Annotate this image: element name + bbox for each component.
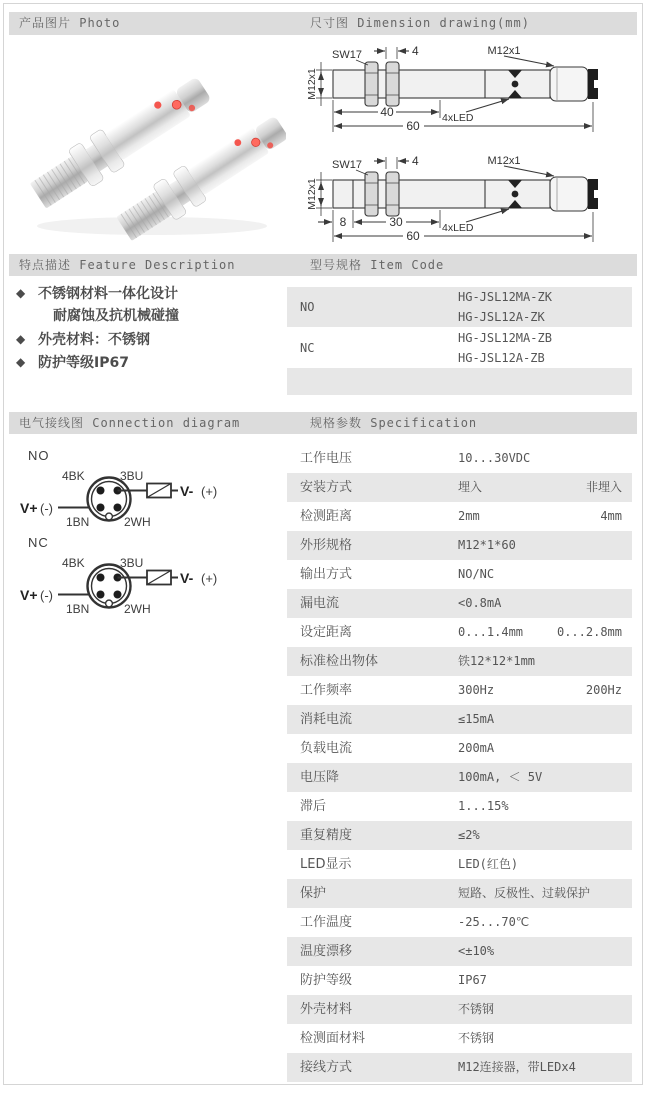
feature-text: 耐腐蚀及抗机械碰撞 — [53, 308, 179, 324]
output-type-label: NC — [300, 341, 314, 355]
spec-value: 10...30VDC — [458, 444, 530, 473]
feature-text: 防护等级IP67 — [38, 355, 129, 371]
spec-label: 输出方式 — [300, 560, 352, 589]
section-bar-bottom: 电气接线图 Connection diagram 规格参数 Specificat… — [9, 412, 637, 434]
pin-label-1bn: 1BN — [66, 515, 89, 529]
spec-label: 设定距离 — [300, 618, 352, 647]
spec-label: 安装方式 — [300, 473, 352, 502]
spec-row: 外壳材料不锈钢 — [287, 995, 632, 1024]
body-length-label: 30 — [389, 215, 403, 229]
section-bar-middle: 特点描述 Feature Description 型号规格 Item Code — [9, 254, 637, 276]
terminal-vminus-polarity: (+) — [201, 484, 217, 499]
spec-value: NO/NC — [458, 560, 494, 589]
wrench-size-label: SW17 — [332, 49, 362, 61]
feature-line: ◆不锈钢材料一体化设计 — [16, 283, 178, 303]
terminal-vplus: V+ — [20, 587, 38, 603]
tube-thread-label: M12x1 — [308, 68, 318, 100]
spec-row: 设定距离0...1.4mm0...2.8mm — [287, 618, 632, 647]
spec-row: 接线方式M12连接器，带LEDx4 — [287, 1053, 632, 1082]
pin-label-3bu: 3BU — [120, 469, 143, 483]
diamond-bullet-icon: ◆ — [16, 355, 38, 369]
spec-value: 不锈钢 — [458, 995, 494, 1024]
spec-value: 短路、反极性、过载保护 — [458, 879, 590, 908]
pin-label-4bk: 4BK — [62, 469, 85, 483]
total-length-label: 60 — [406, 119, 420, 133]
feature-line: ◆外壳材料：不锈钢 — [16, 329, 150, 349]
feature-text: 不锈钢材料一体化设计 — [38, 286, 178, 302]
spec-row: 保护短路、反极性、过载保护 — [287, 879, 632, 908]
spec-value: 200mA — [458, 734, 494, 763]
spec-value: ≤2% — [458, 821, 480, 850]
section-title-dimension: 尺寸图 Dimension drawing(mm) — [310, 12, 530, 35]
spec-value: IP67 — [458, 966, 487, 995]
spec-row: 滞后1...15% — [287, 792, 632, 821]
pin-label-2wh: 2WH — [124, 602, 151, 616]
connector-thread-label: M12x1 — [487, 155, 520, 167]
connector-thread-label: M12x1 — [487, 45, 520, 57]
pin-label-1bn: 1BN — [66, 602, 89, 616]
spec-value-2: 0...2.8mm — [557, 618, 622, 647]
spec-row: 检测距离2mm4mm — [287, 502, 632, 531]
spec-row: 温度漂移<±10% — [287, 937, 632, 966]
spec-label: 防护等级 — [300, 966, 352, 995]
spec-label: 消耗电流 — [300, 705, 352, 734]
spec-value: 1...15% — [458, 792, 509, 821]
terminal-vminus: V- — [180, 483, 194, 499]
spec-row: LED显示LED(红色) — [287, 850, 632, 879]
item-codes: HG-JSL12MA-ZK HG-JSL12A-ZK — [458, 287, 552, 327]
dimension-drawing-nonflush: M12x1 SW17 4 M12x1 4xLED 8 30 60 — [308, 152, 608, 252]
spec-label: 重复精度 — [300, 821, 352, 850]
spec-value: LED(红色) — [458, 850, 518, 879]
spec-row: 负载电流200mA — [287, 734, 632, 763]
spec-label: 检测距离 — [300, 502, 352, 531]
spec-value: -25...70℃ — [458, 908, 529, 937]
spec-value: 不锈钢 — [458, 1024, 494, 1053]
terminal-vplus-polarity: (-) — [40, 501, 53, 516]
connection-diagram-nc: NC V+ (-) 4BK 3BU 1BN 2WH V- (+) — [14, 531, 274, 631]
terminal-vplus: V+ — [20, 500, 38, 516]
spec-value: 埋入 — [458, 473, 482, 502]
item-code: HG-JSL12A-ZB — [458, 348, 552, 368]
pin-dot — [114, 591, 122, 599]
connection-diagram-no: NO V+ (-) 4BK 3BU 1BN 2WH V- (+) — [14, 444, 274, 544]
pin-dot — [114, 504, 122, 512]
item-code: HG-JSL12MA-ZB — [458, 328, 552, 348]
feature-line: 耐腐蚀及抗机械碰撞 — [53, 305, 179, 325]
spec-value-2: 200Hz — [586, 676, 622, 705]
spec-row: 防护等级IP67 — [287, 966, 632, 995]
diamond-bullet-icon: ◆ — [16, 286, 38, 300]
spec-value: 铁12*12*1mm — [458, 647, 535, 676]
pin-dot — [97, 591, 105, 599]
pin-label-3bu: 3BU — [120, 556, 143, 570]
spec-value: M12连接器，带LEDx4 — [458, 1053, 576, 1082]
terminal-vminus: V- — [180, 570, 194, 586]
item-codes: HG-JSL12MA-ZB HG-JSL12A-ZB — [458, 328, 552, 368]
spec-label: 检测面材料 — [300, 1024, 365, 1053]
spec-row: 安装方式埋入非埋入 — [287, 473, 632, 502]
keyway-notch — [106, 513, 113, 520]
spec-label: 标准检出物体 — [300, 647, 378, 676]
spec-row: 重复精度≤2% — [287, 821, 632, 850]
terminal-vminus-polarity: (+) — [201, 571, 217, 586]
spec-value: 0...1.4mm — [458, 618, 523, 647]
dimension-drawing-flush: M12x1 SW17 4 M12x1 4xLED 40 60 — [308, 42, 608, 142]
spec-label: 漏电流 — [300, 589, 339, 618]
item-code: HG-JSL12MA-ZK — [458, 287, 552, 307]
spec-label: 工作温度 — [300, 908, 352, 937]
item-code-row-no: NO HG-JSL12MA-ZK HG-JSL12A-ZK — [287, 287, 632, 327]
spec-value: 100mA, ＜ 5V — [458, 763, 542, 792]
keyway-notch — [106, 600, 113, 607]
pin-dot — [97, 504, 105, 512]
led-mark-mid — [512, 191, 519, 198]
led-count-label: 4xLED — [442, 112, 474, 124]
item-code: HG-JSL12A-ZK — [458, 307, 552, 327]
spec-row: 工作电压10...30VDC — [287, 444, 632, 473]
spec-label: 负载电流 — [300, 734, 352, 763]
spec-value: 2mm — [458, 502, 480, 531]
section-title-specification: 规格参数 Specification — [310, 412, 477, 435]
spec-row: 外形规格M12*1*60 — [287, 531, 632, 560]
spec-value: ≤15mA — [458, 705, 494, 734]
wrench-size-label: SW17 — [332, 159, 362, 171]
product-photo-illustration — [12, 38, 286, 244]
total-length-label: 60 — [406, 229, 420, 243]
spec-value: <±10% — [458, 937, 494, 966]
tube-thread-label: M12x1 — [308, 178, 318, 210]
spec-label: 接线方式 — [300, 1053, 352, 1082]
spec-value-2: 非埋入 — [586, 473, 622, 502]
spec-value-2: 4mm — [600, 502, 622, 531]
nut-width-label: 4 — [412, 44, 419, 58]
terminal-vplus-polarity: (-) — [40, 588, 53, 603]
spec-value: M12*1*60 — [458, 531, 516, 560]
pin-dot — [97, 487, 105, 495]
nut-width-label: 4 — [412, 154, 419, 168]
spec-row: 工作频率300Hz200Hz — [287, 676, 632, 705]
spec-label: 外形规格 — [300, 531, 352, 560]
spec-row: 检测面材料不锈钢 — [287, 1024, 632, 1053]
spec-row: 漏电流<0.8mA — [287, 589, 632, 618]
pin-label-4bk: 4BK — [62, 556, 85, 570]
feature-line: ◆防护等级IP67 — [16, 352, 129, 372]
feature-text: 外壳材料：不锈钢 — [38, 332, 150, 348]
spec-label: LED显示 — [300, 850, 351, 879]
tip-length-label: 8 — [340, 215, 347, 229]
spec-label: 温度漂移 — [300, 937, 352, 966]
spec-label: 工作频率 — [300, 676, 352, 705]
section-title-item-code: 型号规格 Item Code — [310, 254, 444, 277]
spec-row: 输出方式NO/NC — [287, 560, 632, 589]
spec-label: 保护 — [300, 879, 326, 908]
output-type-label: NO — [300, 300, 314, 314]
pin-label-2wh: 2WH — [124, 515, 151, 529]
diagram-label: NO — [28, 448, 50, 463]
led-mark-mid — [512, 81, 519, 88]
spec-label: 电压降 — [300, 763, 339, 792]
section-title-feature: 特点描述 Feature Description — [19, 254, 236, 277]
spec-row: 标准检出物体铁12*12*1mm — [287, 647, 632, 676]
spec-label: 滞后 — [300, 792, 326, 821]
pin-dot — [97, 574, 105, 582]
diamond-bullet-icon: ◆ — [16, 332, 38, 346]
spec-label: 工作电压 — [300, 444, 352, 473]
item-code-row-nc: NC HG-JSL12MA-ZB HG-JSL12A-ZB — [287, 327, 632, 368]
led-count-label: 4xLED — [442, 222, 474, 234]
spec-row: 电压降100mA, ＜ 5V — [287, 763, 632, 792]
spec-value: 300Hz — [458, 676, 494, 705]
section-title-photo: 产品图片 Photo — [19, 12, 120, 35]
spec-row: 消耗电流≤15mA — [287, 705, 632, 734]
spec-row: 工作温度-25...70℃ — [287, 908, 632, 937]
diagram-label: NC — [28, 535, 49, 550]
spec-value: <0.8mA — [458, 589, 501, 618]
body-length-label: 40 — [380, 105, 394, 119]
spec-label: 外壳材料 — [300, 995, 352, 1024]
item-code-row-empty — [287, 368, 632, 395]
section-title-connection: 电气接线图 Connection diagram — [19, 412, 240, 435]
section-bar-top: 产品图片 Photo 尺寸图 Dimension drawing(mm) — [9, 12, 637, 35]
